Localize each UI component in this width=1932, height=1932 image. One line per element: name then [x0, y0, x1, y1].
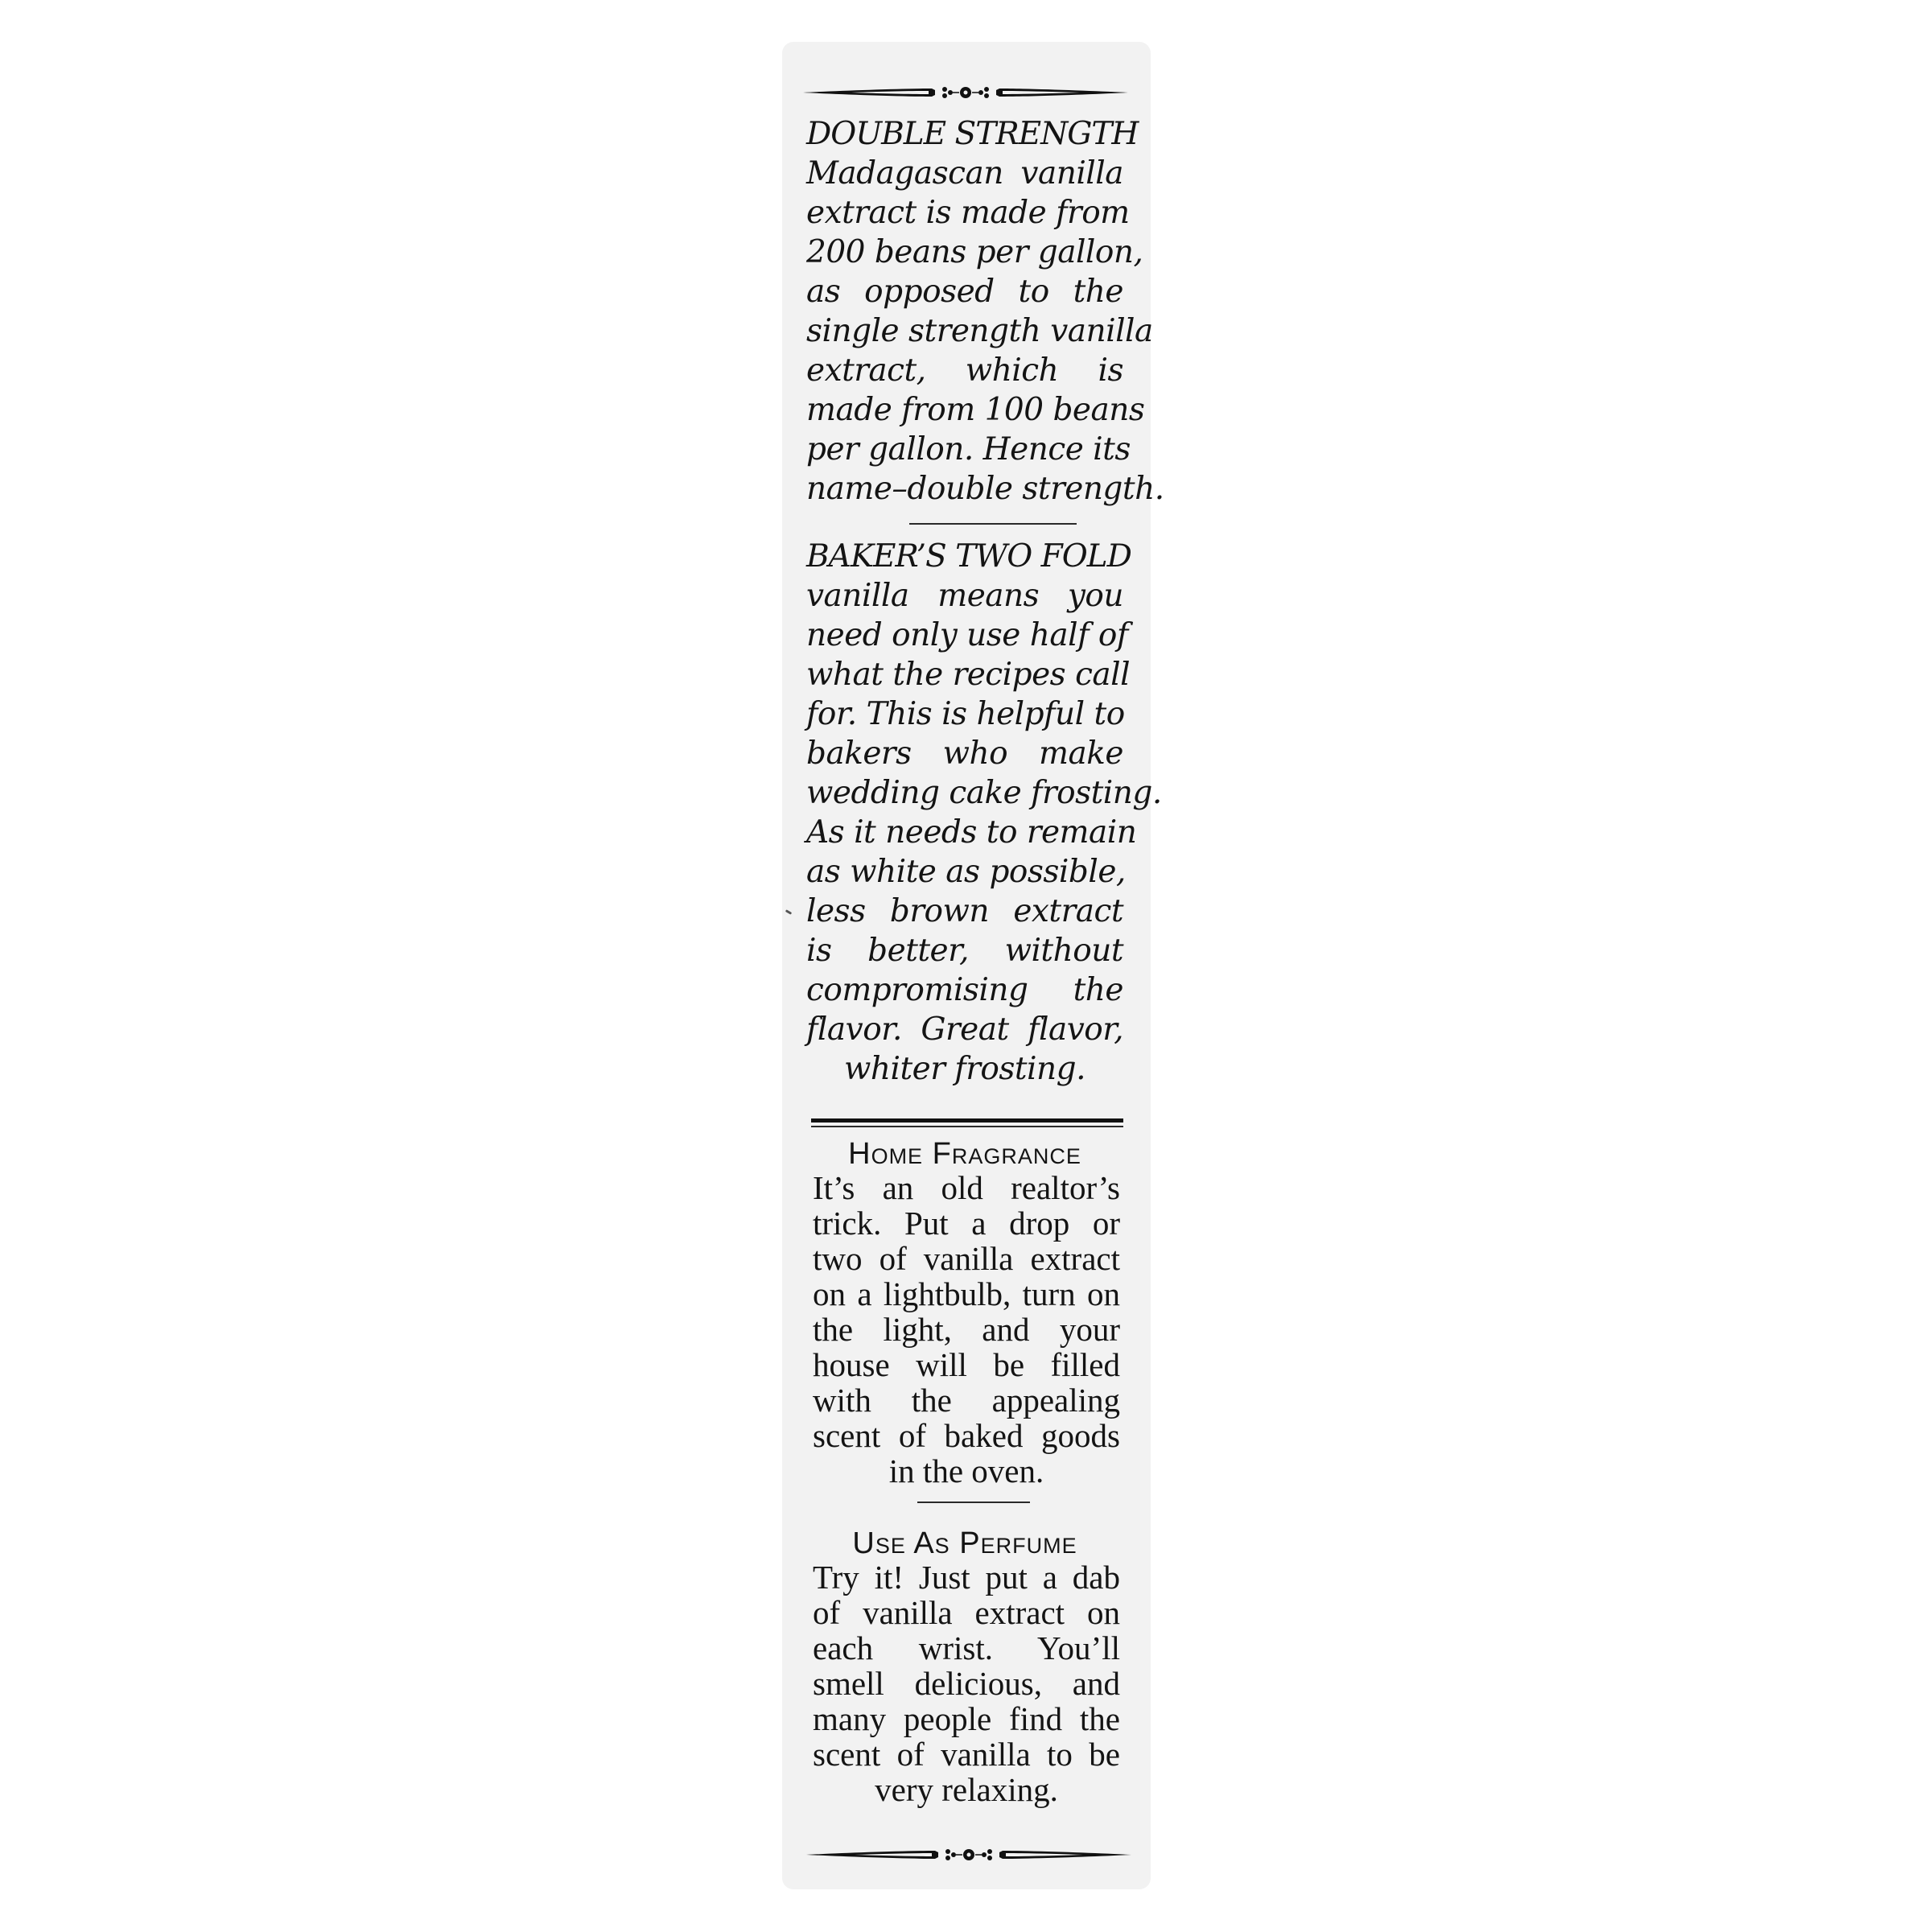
bakers-two-fold-section: BAKER’S TWO FOLD vanilla means you need …	[806, 537, 1123, 1089]
text-line: extract, which is	[806, 351, 1123, 390]
text-line: on a lightbulb, turn on	[813, 1276, 1120, 1312]
text-line: house will be filled	[813, 1347, 1120, 1382]
flourish-divider-icon	[806, 1844, 1131, 1865]
text-line: 200 beans per gallon,	[806, 233, 1123, 272]
double-rule-divider	[811, 1118, 1123, 1128]
use-as-perfume-heading: Use As Perfume	[806, 1527, 1123, 1559]
text-line: whiter frosting.	[806, 1049, 1123, 1089]
text-line: need only use half of	[806, 616, 1123, 655]
flourish-divider-icon	[803, 82, 1128, 103]
text-line: As it needs to remain	[806, 813, 1123, 852]
bakers-two-fold-heading: BAKER’S TWO FOLD	[806, 537, 1123, 576]
text-line: scent of vanilla to be	[813, 1736, 1120, 1772]
text-line: many people find the	[813, 1701, 1120, 1736]
text-line: what the recipes call	[806, 655, 1123, 694]
text-line: the light, and your	[813, 1312, 1120, 1347]
text-line: Try it! Just put a dab	[813, 1559, 1120, 1595]
text-line: smell delicious, and	[813, 1666, 1120, 1701]
text-line: Madagascan vanilla	[806, 154, 1123, 193]
text-line: two of vanilla extract	[813, 1241, 1120, 1276]
section-divider	[909, 523, 1077, 525]
thick-rule	[811, 1118, 1123, 1123]
section-divider	[917, 1502, 1030, 1503]
text-line: flavor. Great flavor,	[806, 1010, 1123, 1049]
text-line: in the oven.	[813, 1453, 1120, 1489]
text-line: as white as possible,	[806, 852, 1123, 892]
text-line: as opposed to the	[806, 272, 1123, 311]
text-line: It’s an old realtor’s	[813, 1170, 1120, 1205]
scan-artifact	[785, 909, 792, 915]
double-strength-section: DOUBLE STRENGTH Madagascan vanilla extra…	[806, 114, 1123, 509]
text-line: with the appealing	[813, 1382, 1120, 1418]
text-line: is better, without	[806, 931, 1123, 970]
text-line: extract is made from	[806, 193, 1123, 233]
home-fragrance-section: It’s an old realtor’s trick. Put a drop …	[813, 1170, 1120, 1489]
text-line: name–double strength.	[806, 469, 1123, 509]
text-line: vanilla means you	[806, 576, 1123, 616]
text-line: wedding cake frosting.	[806, 773, 1123, 813]
text-line: of vanilla extract on	[813, 1595, 1120, 1630]
text-line: per gallon. Hence its	[806, 430, 1123, 469]
text-line: each wrist. You’ll	[813, 1630, 1120, 1666]
thin-rule	[811, 1126, 1123, 1127]
text-line: less brown extract	[806, 892, 1123, 931]
text-line: trick. Put a drop or	[813, 1205, 1120, 1241]
text-line: single strength vanilla	[806, 311, 1123, 351]
text-line: very relaxing.	[813, 1772, 1120, 1807]
text-line: compromising the	[806, 970, 1123, 1010]
label-panel: DOUBLE STRENGTH Madagascan vanilla extra…	[782, 42, 1151, 1889]
use-as-perfume-section: Try it! Just put a dab of vanilla extrac…	[813, 1559, 1120, 1807]
text-line: for. This is helpful to	[806, 694, 1123, 734]
text-line: bakers who make	[806, 734, 1123, 773]
text-line: scent of baked goods	[813, 1418, 1120, 1453]
double-strength-heading: DOUBLE STRENGTH	[806, 114, 1123, 154]
home-fragrance-heading: Home Fragrance	[806, 1138, 1123, 1170]
text-line: made from 100 beans	[806, 390, 1123, 430]
